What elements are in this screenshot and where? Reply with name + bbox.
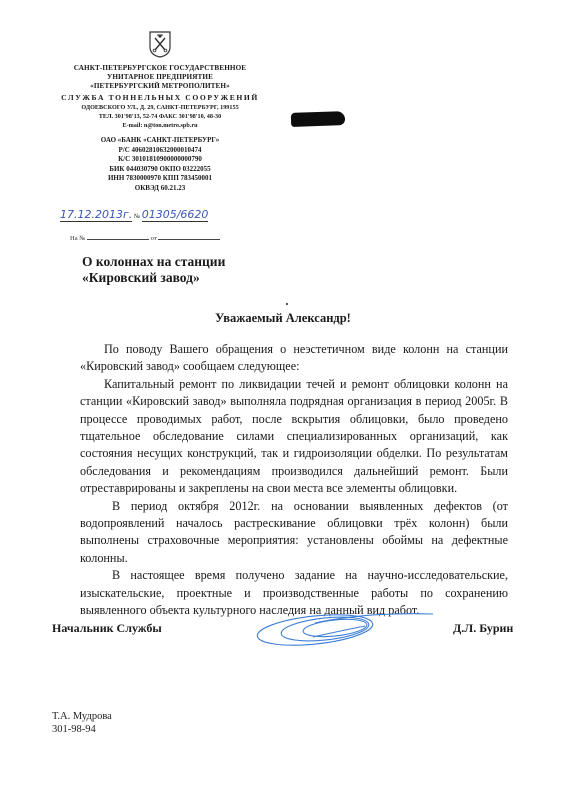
bank-detail: Р/С 40602810632000010474 — [60, 146, 260, 156]
handwritten-signature-icon — [255, 600, 435, 650]
letter-body: По поводу Вашего обращения о неэстетично… — [80, 341, 508, 620]
ref-from-label: от — [151, 235, 157, 242]
org-name-line: «ПЕТЕРБУРГСКИЙ МЕТРОПОЛИТЕН» — [60, 82, 260, 91]
stray-mark — [286, 303, 288, 305]
service-name: СЛУЖБА ТОННЕЛЬНЫХ СООРУЖЕНИЙ — [60, 93, 260, 103]
st-petersburg-coat-of-arms-icon — [148, 30, 172, 58]
bank-detail: К/С 30101810900000000790 — [60, 155, 260, 165]
body-paragraph: По поводу Вашего обращения о неэстетично… — [80, 341, 508, 376]
registration-line: 17.12.2013г. № 01305/6620 — [60, 208, 260, 222]
ref-date-blank — [158, 233, 220, 240]
letter-subject: О колоннах на станции «Кировский завод» — [82, 254, 225, 286]
ref-number-blank — [87, 233, 149, 240]
bank-detail: ОАО «БАНК «САНКТ-ПЕТЕРБУРГ» — [60, 136, 260, 146]
org-name-line: САНКТ-ПЕТЕРБУРГСКОЕ ГОСУДАРСТВЕННОЕ — [60, 64, 260, 73]
org-name-line: УНИТАРНОЕ ПРЕДПРИЯТИЕ — [60, 73, 260, 82]
body-paragraph: Капитальный ремонт по ликвидации течей и… — [80, 376, 508, 498]
executor-info: Т.А. Мудрова 301-98-94 — [52, 710, 112, 736]
executor-phone: 301-98-94 — [52, 723, 112, 736]
body-paragraph: В период октября 2012г. на основании выя… — [80, 498, 508, 568]
redacted-addressee — [291, 111, 345, 127]
subject-line: О колоннах на станции — [82, 254, 225, 270]
salutation: Уважаемый Александр! — [0, 311, 566, 326]
letterhead: САНКТ-ПЕТЕРБУРГСКОЕ ГОСУДАРСТВЕННОЕ УНИТ… — [60, 30, 260, 194]
executor-name: Т.А. Мудрова — [52, 710, 112, 723]
org-email: E-mail: n@ton.metro.spb.ru — [60, 121, 260, 130]
bank-detail: БИК 044030790 ОКПО 03222055 — [60, 165, 260, 175]
org-phone-fax: ТЕЛ. 301'98'13, 52-74 ФАКС 301'98'10, 48… — [60, 112, 260, 121]
number-label: № — [134, 213, 140, 220]
registration-date: 17.12.2013г. — [60, 208, 132, 222]
registration-number: 01305/6620 — [142, 208, 209, 222]
org-address: ОДОЕВСКОГО УЛ., Д. 29, САНКТ-ПЕТЕРБУРГ, … — [60, 103, 260, 112]
signatory-title: Начальник Службы — [52, 621, 162, 636]
bank-detail: ОКВЭД 60.21.23 — [60, 184, 260, 194]
reference-line: На № от — [70, 233, 220, 242]
signatory-name: Д.Л. Бурин — [453, 621, 513, 636]
ref-number-label: На № — [70, 235, 85, 242]
subject-line: «Кировский завод» — [82, 270, 225, 286]
bank-detail: ИНН 7830000970 КПП 783450001 — [60, 174, 260, 184]
